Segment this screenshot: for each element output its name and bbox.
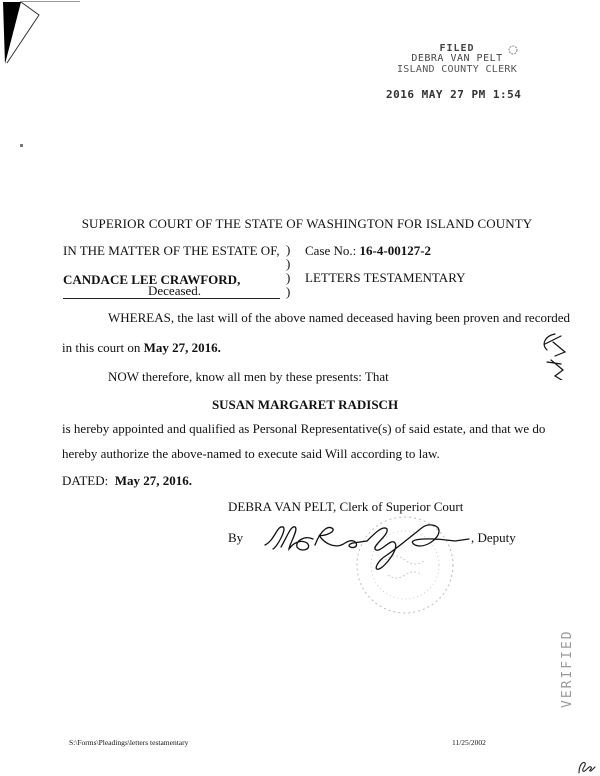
case-number-value: 16-4-00127-2	[360, 243, 432, 258]
footer-file-path: S:\Forms\Pleadings\letters testamentary	[69, 738, 188, 747]
scan-edge-line	[20, 1, 80, 2]
document-title: LETTERS TESTAMENTARY	[305, 270, 466, 286]
filed-datetime: 2016 MAY 27 PM 1:54	[372, 88, 542, 101]
caption-parentheses: ) ) ) )	[286, 243, 290, 299]
case-number: Case No.: 16-4-00127-2	[305, 243, 431, 259]
authorize-line: hereby authorize the above-named to exec…	[62, 446, 440, 462]
appointment-line: is hereby appointed and qualified as Per…	[62, 421, 545, 437]
recorded-line: in this court on May 27, 2016.	[62, 340, 221, 356]
by-label: By	[228, 530, 243, 546]
paren: )	[286, 285, 290, 299]
handwritten-signature	[255, 515, 485, 575]
page-corner-fold-icon	[0, 0, 80, 80]
paren: )	[286, 257, 290, 271]
dated-label: DATED:	[62, 473, 108, 488]
dated-line: DATED: May 27, 2016.	[62, 473, 192, 489]
now-therefore-line: NOW therefore, know all men by these pre…	[108, 369, 389, 385]
personal-representative-name: SUSAN MARGARET RADISCH	[0, 397, 600, 413]
recorded-prefix: in this court on	[62, 340, 144, 355]
filed-office: ISLAND COUNTY CLERK	[372, 64, 542, 75]
paren: )	[286, 271, 290, 285]
margin-initials-mark	[535, 330, 575, 380]
whereas-paragraph: WHEREAS, the last will of the above name…	[108, 310, 570, 326]
estate-matter-line: IN THE MATTER OF THE ESTATE OF,	[63, 243, 280, 259]
clerk-signature-line: DEBRA VAN PELT, Clerk of Superior Court	[228, 499, 463, 515]
caption-underline	[63, 298, 280, 299]
deputy-label: , Deputy	[471, 530, 516, 546]
scan-speck	[20, 144, 23, 147]
recorded-date: May 27, 2016.	[144, 340, 221, 355]
paren: )	[286, 243, 290, 257]
footer-form-date: 11/25/2002	[452, 738, 486, 747]
verified-side-stamp: VERIFIED	[556, 620, 582, 710]
verified-stamp-text: VERIFIED	[560, 629, 575, 708]
case-number-label: Case No.:	[305, 243, 356, 258]
dated-value: May 27, 2016.	[115, 473, 192, 488]
deceased-label: Deceased.	[148, 283, 201, 299]
court-title: SUPERIOR COURT OF THE STATE OF WASHINGTO…	[0, 216, 600, 232]
caption-parties: IN THE MATTER OF THE ESTATE OF, CANDACE …	[63, 243, 280, 288]
stamp-seal-icon	[506, 44, 520, 56]
corner-initials-mark	[575, 755, 597, 775]
